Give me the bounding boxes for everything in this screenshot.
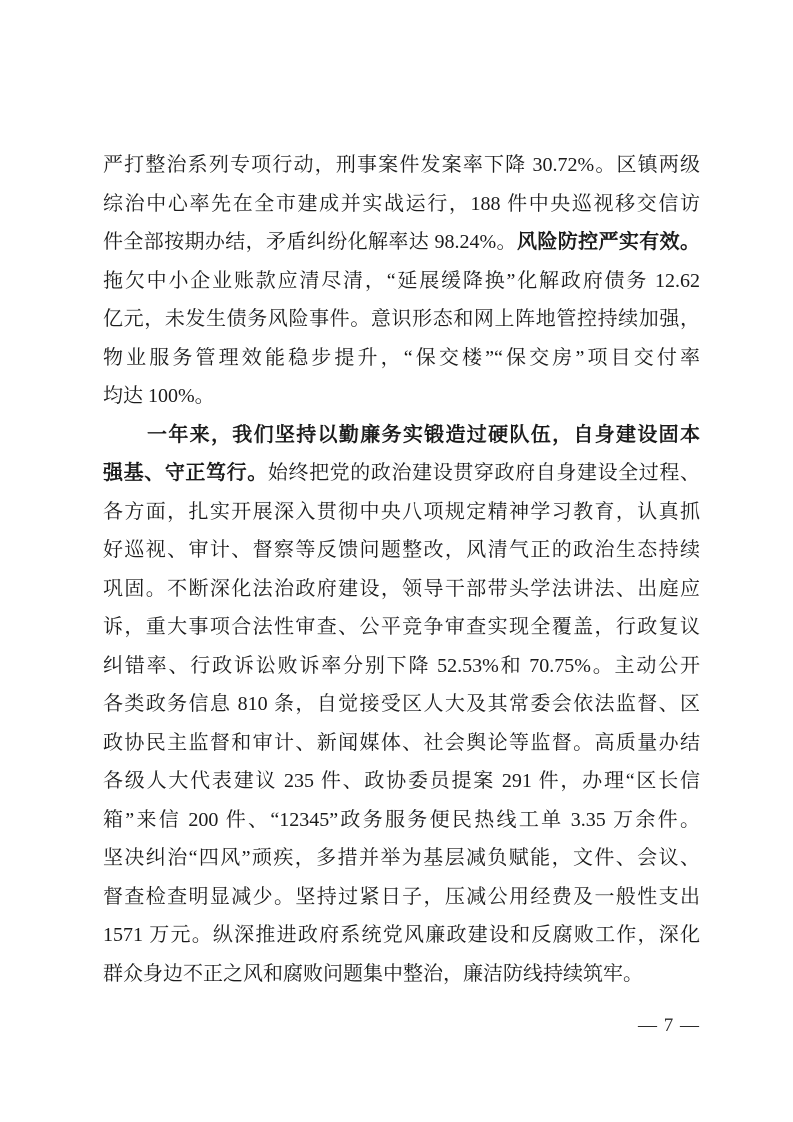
text-line: 各类政务信息 810 条，自觉接受区人大及其常委会依法监督、区 (103, 685, 700, 724)
text-segment: 亿元，未发生债务风险事件。意识形态和网上阵地管控持续加强， (103, 308, 700, 330)
bold-text-segment: 风险防控严实有效。 (517, 231, 700, 253)
text-segment: 件全部按期办结，矛盾纠纷化解率达 98.24%。 (103, 231, 517, 253)
text-segment: 物业服务管理效能稳步提升，“保交楼”“保交房”项目交付率 (103, 347, 700, 369)
text-line: 巩固。不断深化法治政府建设，领导干部带头学法讲法、出庭应 (103, 570, 700, 609)
text-segment: 严打整治系列专项行动，刑事案件发案率下降 30.72%。区镇两级 (103, 154, 700, 176)
text-segment: 政协民主监督和审计、新闻媒体、社会舆论等监督。高质量办结 (103, 732, 700, 754)
text-line: 政协民主监督和审计、新闻媒体、社会舆论等监督。高质量办结 (103, 724, 700, 763)
document-body: 严打整治系列专项行动，刑事案件发案率下降 30.72%。区镇两级综治中心率先在全… (103, 146, 700, 993)
text-segment: 纠错率、行政诉讼败诉率分别下降 52.53%和 70.75%。主动公开 (103, 655, 700, 677)
text-segment: 1571 万元。纵深推进政府系统党风廉政建设和反腐败工作，深化 (103, 924, 700, 946)
text-segment: 综治中心率先在全市建成并实战运行，188 件中央巡视移交信访 (103, 193, 700, 215)
text-segment: 各类政务信息 810 条，自觉接受区人大及其常委会依法监督、区 (103, 693, 700, 715)
text-segment: 始终把党的政治建设贯穿政府自身建设全过程、 (268, 462, 700, 484)
text-segment: 巩固。不断深化法治政府建设，领导干部带头学法讲法、出庭应 (103, 578, 700, 600)
text-line: 各方面，扎实开展深入贯彻中央八项规定精神学习教育，认真抓 (103, 493, 700, 532)
text-segment: 拖欠中小企业账款应清尽清，“延展缓降换”化解政府债务 12.62 (103, 270, 700, 292)
text-segment: 好巡视、审计、督察等反馈问题整改，风清气正的政治生态持续 (103, 539, 700, 561)
text-segment: 各方面，扎实开展深入贯彻中央八项规定精神学习教育，认真抓 (103, 501, 700, 523)
text-line: 亿元，未发生债务风险事件。意识形态和网上阵地管控持续加强， (103, 300, 700, 339)
text-line: 拖欠中小企业账款应清尽清，“延展缓降换”化解政府债务 12.62 (103, 262, 700, 301)
text-line: 群众身边不正之风和腐败问题集中整治，廉洁防线持续筑牢。 (103, 955, 700, 994)
text-segment: 各级人大代表建议 235 件、政协委员提案 291 件，办理“区长信 (103, 770, 700, 792)
bold-text-segment: 强基、守正笃行。 (103, 462, 268, 484)
text-segment: 督查检查明显减少。坚持过紧日子，压减公用经费及一般性支出 (103, 886, 700, 908)
text-line: 纠错率、行政诉讼败诉率分别下降 52.53%和 70.75%。主动公开 (103, 647, 700, 686)
text-line: 1571 万元。纵深推进政府系统党风廉政建设和反腐败工作，深化 (103, 916, 700, 955)
document-page: 严打整治系列专项行动，刑事案件发案率下降 30.72%。区镇两级综治中心率先在全… (0, 0, 793, 1122)
text-line: 一年来，我们坚持以勤廉务实锻造过硬队伍，自身建设固本 (103, 416, 700, 455)
text-line: 督查检查明显减少。坚持过紧日子，压减公用经费及一般性支出 (103, 878, 700, 917)
page-number: — 7 — (103, 1013, 700, 1039)
text-line: 箱”来信 200 件、“12345”政务服务便民热线工单 3.35 万余件。 (103, 801, 700, 840)
text-line: 好巡视、审计、督察等反馈问题整改，风清气正的政治生态持续 (103, 531, 700, 570)
text-line: 严打整治系列专项行动，刑事案件发案率下降 30.72%。区镇两级 (103, 146, 700, 185)
text-segment: 群众身边不正之风和腐败问题集中整治，廉洁防线持续筑牢。 (103, 963, 643, 985)
text-segment: 均达 100%。 (103, 385, 215, 407)
text-line: 各级人大代表建议 235 件、政协委员提案 291 件，办理“区长信 (103, 762, 700, 801)
text-line: 件全部按期办结，矛盾纠纷化解率达 98.24%。风险防控严实有效。 (103, 223, 700, 262)
text-line: 综治中心率先在全市建成并实战运行，188 件中央巡视移交信访 (103, 185, 700, 224)
text-segment: 箱”来信 200 件、“12345”政务服务便民热线工单 3.35 万余件。 (103, 809, 700, 831)
text-line: 强基、守正笃行。始终把党的政治建设贯穿政府自身建设全过程、 (103, 454, 700, 493)
text-line: 均达 100%。 (103, 377, 700, 416)
text-line: 诉，重大事项合法性审查、公平竞争审查实现全覆盖，行政复议 (103, 608, 700, 647)
paragraph-2: 一年来，我们坚持以勤廉务实锻造过硬队伍，自身建设固本强基、守正笃行。始终把党的政… (103, 416, 700, 994)
text-line: 物业服务管理效能稳步提升，“保交楼”“保交房”项目交付率 (103, 339, 700, 378)
text-line: 坚决纠治“四风”顽疾，多措并举为基层减负赋能，文件、会议、 (103, 839, 700, 878)
text-segment: 坚决纠治“四风”顽疾，多措并举为基层减负赋能，文件、会议、 (103, 847, 700, 869)
bold-text-segment: 一年来，我们坚持以勤廉务实锻造过硬队伍，自身建设固本 (147, 424, 700, 446)
text-segment: 诉，重大事项合法性审查、公平竞争审查实现全覆盖，行政复议 (103, 616, 700, 638)
paragraph-1: 严打整治系列专项行动，刑事案件发案率下降 30.72%。区镇两级综治中心率先在全… (103, 146, 700, 416)
